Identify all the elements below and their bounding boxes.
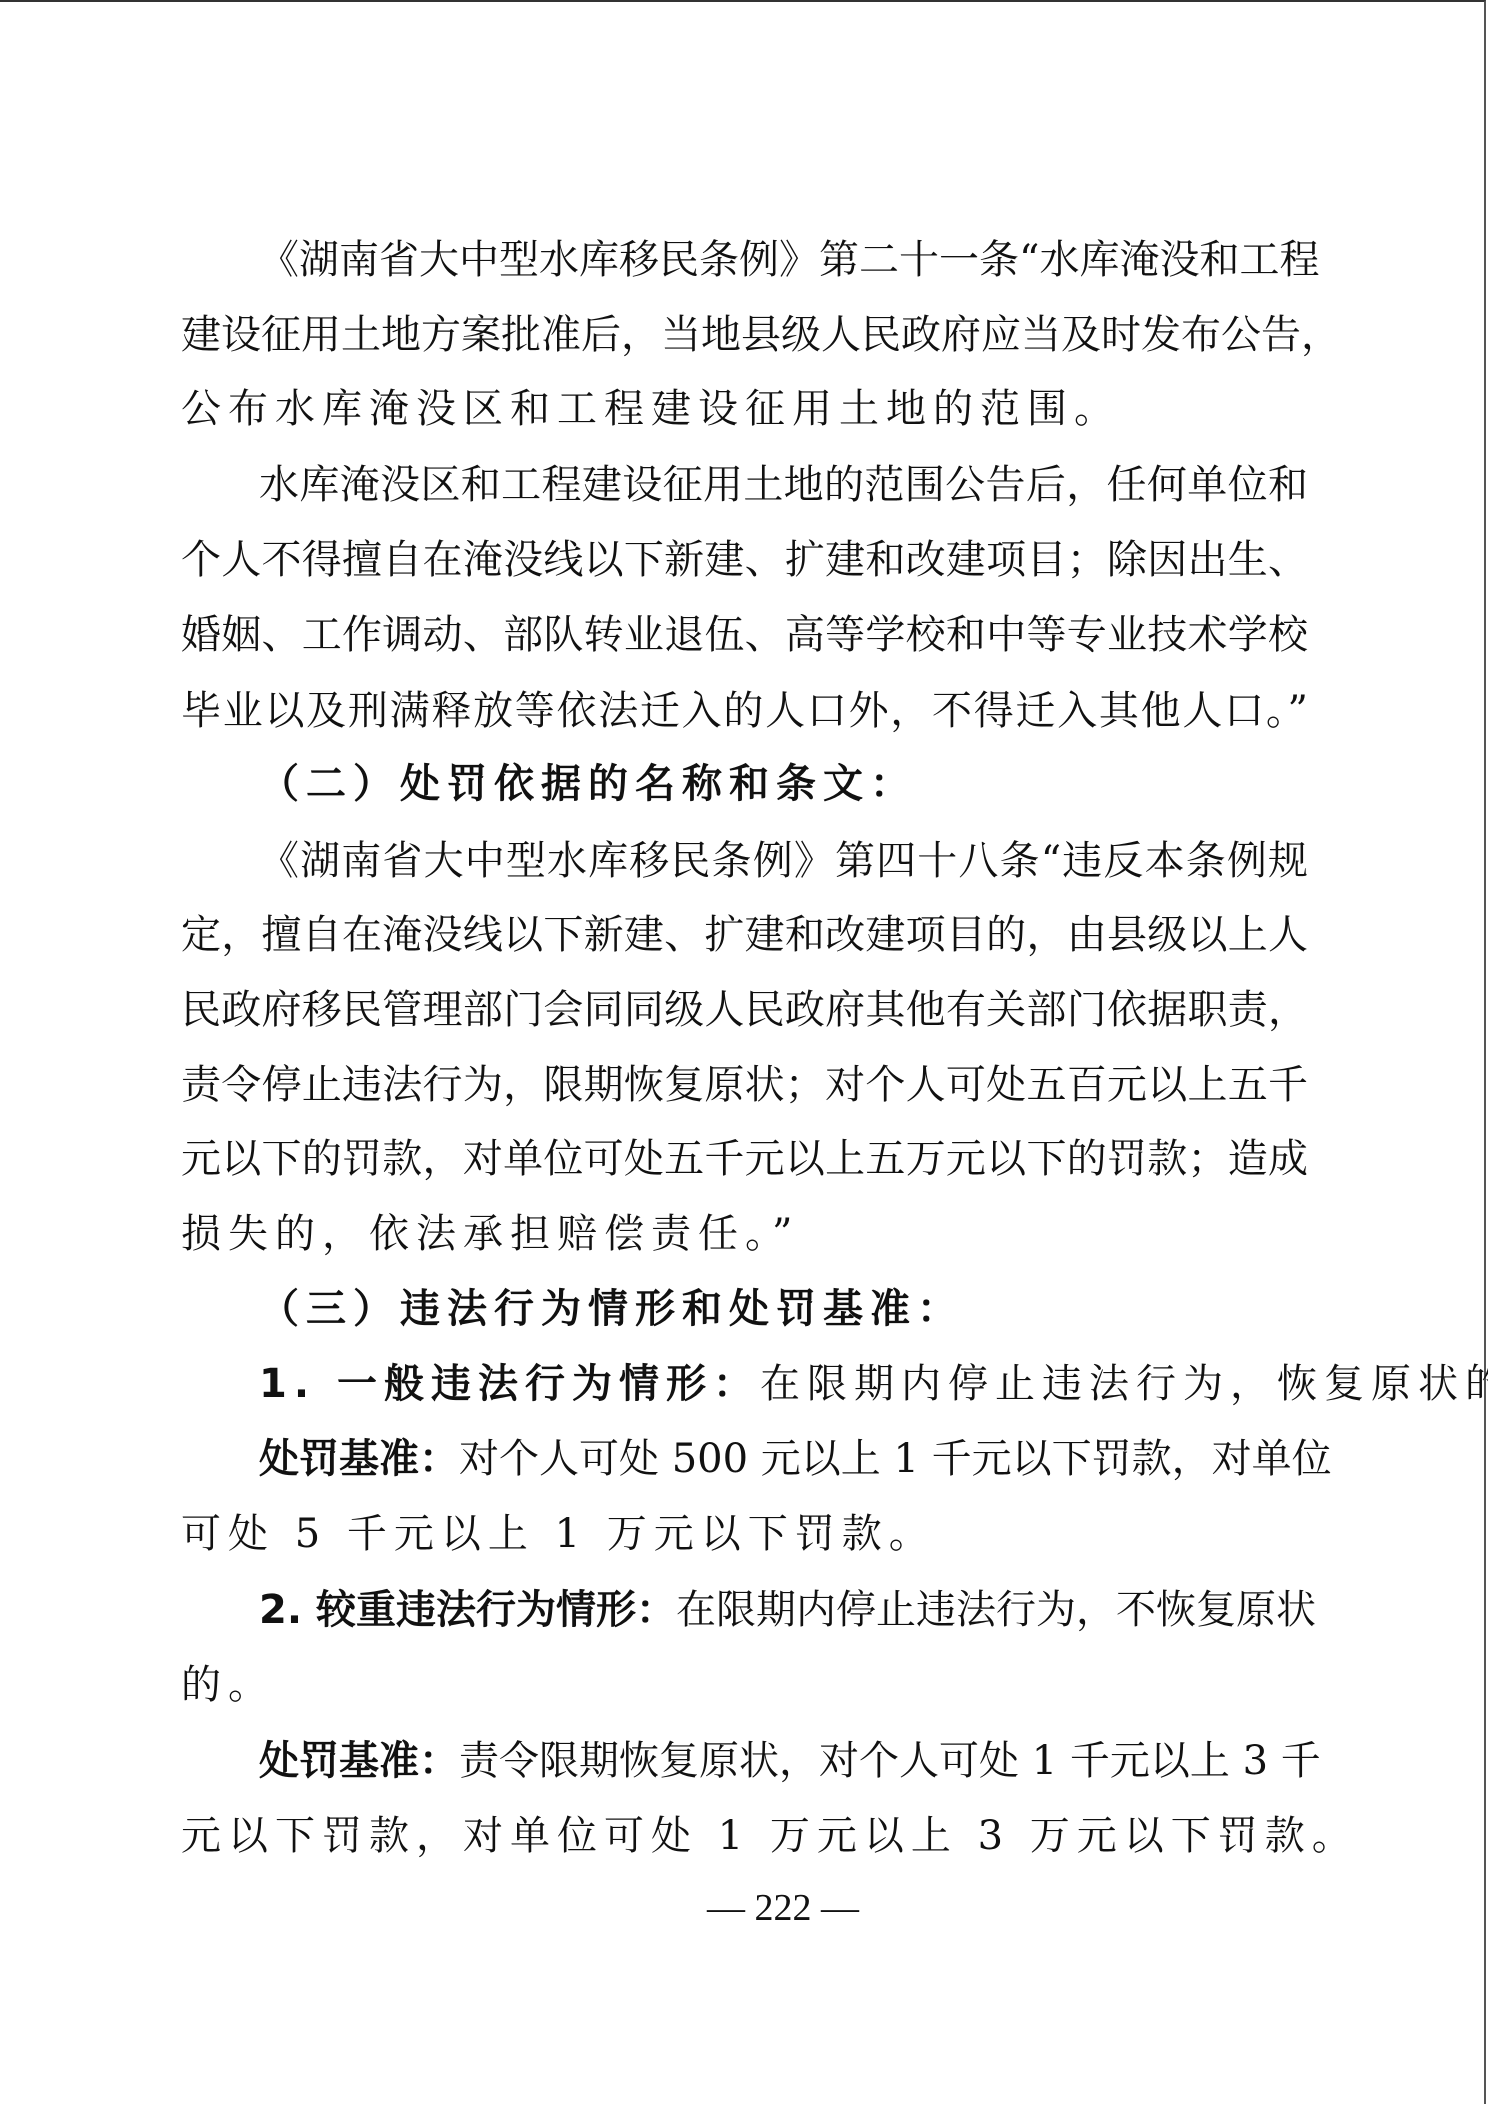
item-2-standard-label: 处罚基准： xyxy=(259,1738,459,1784)
section-3-heading: （三）违法行为情形和处罚基准： xyxy=(259,1279,964,1339)
item-1-standard-line-1: 处罚基准：对个人可处 500 元以上 1 千元以下罚款，对单位 xyxy=(259,1429,1308,1489)
paragraph-2-line-2: 个人不得擅自在淹没线以下新建、扩建和改建项目；除因出生、 xyxy=(181,530,1308,590)
item-2-text: 在限期内停止违法行为，不恢复原状 xyxy=(676,1587,1316,1633)
item-2-line: 2. 较重违法行为情形：在限期内停止违法行为，不恢复原状 xyxy=(259,1580,1308,1640)
paragraph-1-line-3: 公布水库淹没区和工程建设征用土地的范围。 xyxy=(181,379,1308,439)
section-2-heading: （二）处罚依据的名称和条文： xyxy=(259,754,917,814)
item-2-standard-line-1: 处罚基准：责令限期恢复原状，对个人可处 1 千元以上 3 千 xyxy=(259,1731,1308,1791)
item-1-standard-label: 处罚基准： xyxy=(259,1436,459,1482)
item-1-standard-line-2: 可处 5 千元以上 1 万元以下罚款。 xyxy=(181,1504,1308,1564)
paragraph-2-line-4: 毕业以及刑满释放等依法迁入的人口外，不得迁入其他人口。” xyxy=(181,681,1308,741)
item-1-standard-text: 对个人可处 500 元以上 1 千元以下罚款，对单位 xyxy=(459,1436,1332,1482)
item-2-label: 2. 较重违法行为情形： xyxy=(259,1587,676,1633)
item-2-line-2: 的。 xyxy=(181,1655,1308,1715)
page-number: — 222 — xyxy=(683,1888,883,1928)
document-page: 《湖南省大中型水库移民条例》第二十一条“水库淹没和工程 建设征用土地方案批准后，… xyxy=(0,0,1486,2104)
item-1-label: 1. 一般违法行为情形： xyxy=(259,1361,760,1407)
section-2-line-2: 定，擅自在淹没线以下新建、扩建和改建项目的，由县级以上人 xyxy=(181,905,1308,965)
paragraph-2-line-3: 婚姻、工作调动、部队转业退伍、高等学校和中等专业技术学校 xyxy=(181,605,1308,665)
section-2-line-3: 民政府移民管理部门会同同级人民政府其他有关部门依据职责， xyxy=(181,980,1308,1040)
item-1-line: 1. 一般违法行为情形：在限期内停止违法行为，恢复原状的。 xyxy=(259,1354,1308,1414)
paragraph-1-line-1: 《湖南省大中型水库移民条例》第二十一条“水库淹没和工程 xyxy=(259,230,1308,290)
section-2-line-4: 责令停止违法行为，限期恢复原状；对个人可处五百元以上五千 xyxy=(181,1055,1308,1115)
paragraph-1-line-2: 建设征用土地方案批准后，当地县级人民政府应当及时发布公告， xyxy=(181,305,1308,365)
section-2-line-6: 损失的，依法承担赔偿责任。” xyxy=(181,1204,1308,1264)
section-2-line-5: 元以下的罚款，对单位可处五千元以上五万元以下的罚款；造成 xyxy=(181,1129,1308,1189)
item-2-standard-line-2: 元以下罚款，对单位可处 1 万元以上 3 万元以下罚款。 xyxy=(181,1806,1308,1866)
item-1-text: 在限期内停止违法行为，恢复原状的。 xyxy=(760,1361,1488,1407)
paragraph-2-line-1: 水库淹没区和工程建设征用土地的范围公告后，任何单位和 xyxy=(259,455,1308,515)
item-2-standard-text: 责令限期恢复原状，对个人可处 1 千元以上 3 千 xyxy=(459,1738,1321,1784)
section-2-line-1: 《湖南省大中型水库移民条例》第四十八条“违反本条例规 xyxy=(259,831,1308,891)
